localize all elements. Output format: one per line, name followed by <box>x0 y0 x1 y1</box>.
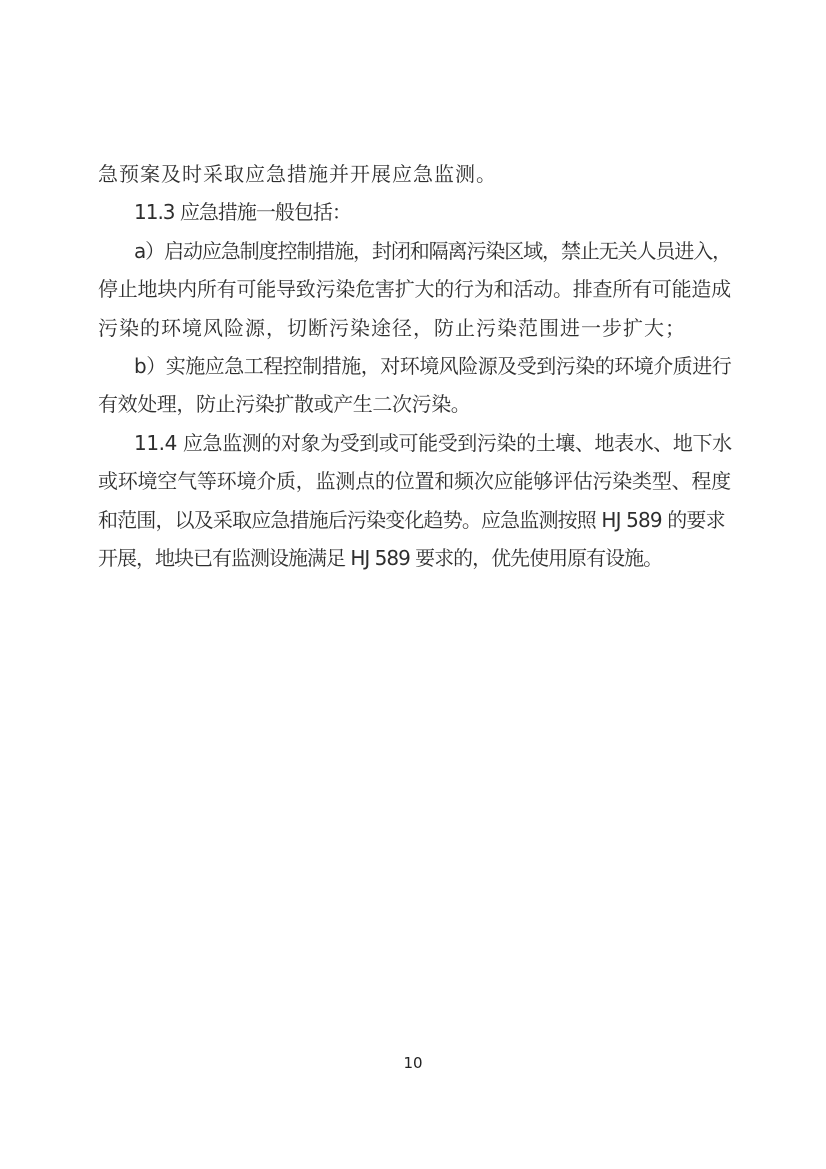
body-text-line: 急预案及时采取应急措施并开展应急监测。 <box>98 155 731 193</box>
body-text-line: 或环境空气等环境介质，监测点的位置和频次应能够评估污染类型、程度 <box>98 462 731 500</box>
body-text-line: 污染的环境风险源，切断污染途径，防止污染范围进一步扩大； <box>98 309 731 347</box>
page-number: 10 <box>0 1053 826 1073</box>
body-text-line: 和范围，以及采取应急措施后污染变化趋势。应急监测按照 HJ 589 的要求 <box>98 501 731 539</box>
body-text-line-section-11-4: 11.4 应急监测的对象为受到或可能受到污染的土壤、地表水、地下水 <box>98 424 731 462</box>
body-text-line-item-b: b）实施应急工程控制措施，对环境风险源及受到污染的环境介质进行 <box>98 347 731 385</box>
body-text-line: 停止地块内所有可能导致污染危害扩大的行为和活动。排查所有可能造成 <box>98 270 731 308</box>
body-text-line-item-a: a）启动应急制度控制措施，封闭和隔离污染区域，禁止无关人员进入， <box>98 232 731 270</box>
body-text-line: 开展，地块已有监测设施满足 HJ 589 要求的，优先使用原有设施。 <box>98 539 731 577</box>
body-text: 急预案及时采取应急措施并开展应急监测。 11.3 应急措施一般包括： a）启动应… <box>98 155 731 577</box>
document-page: 急预案及时采取应急措施并开展应急监测。 11.3 应急措施一般包括： a）启动应… <box>0 0 826 1169</box>
body-text-line: 有效处理，防止污染扩散或产生二次污染。 <box>98 385 731 423</box>
body-text-line-section-11-3: 11.3 应急措施一般包括： <box>98 193 731 231</box>
